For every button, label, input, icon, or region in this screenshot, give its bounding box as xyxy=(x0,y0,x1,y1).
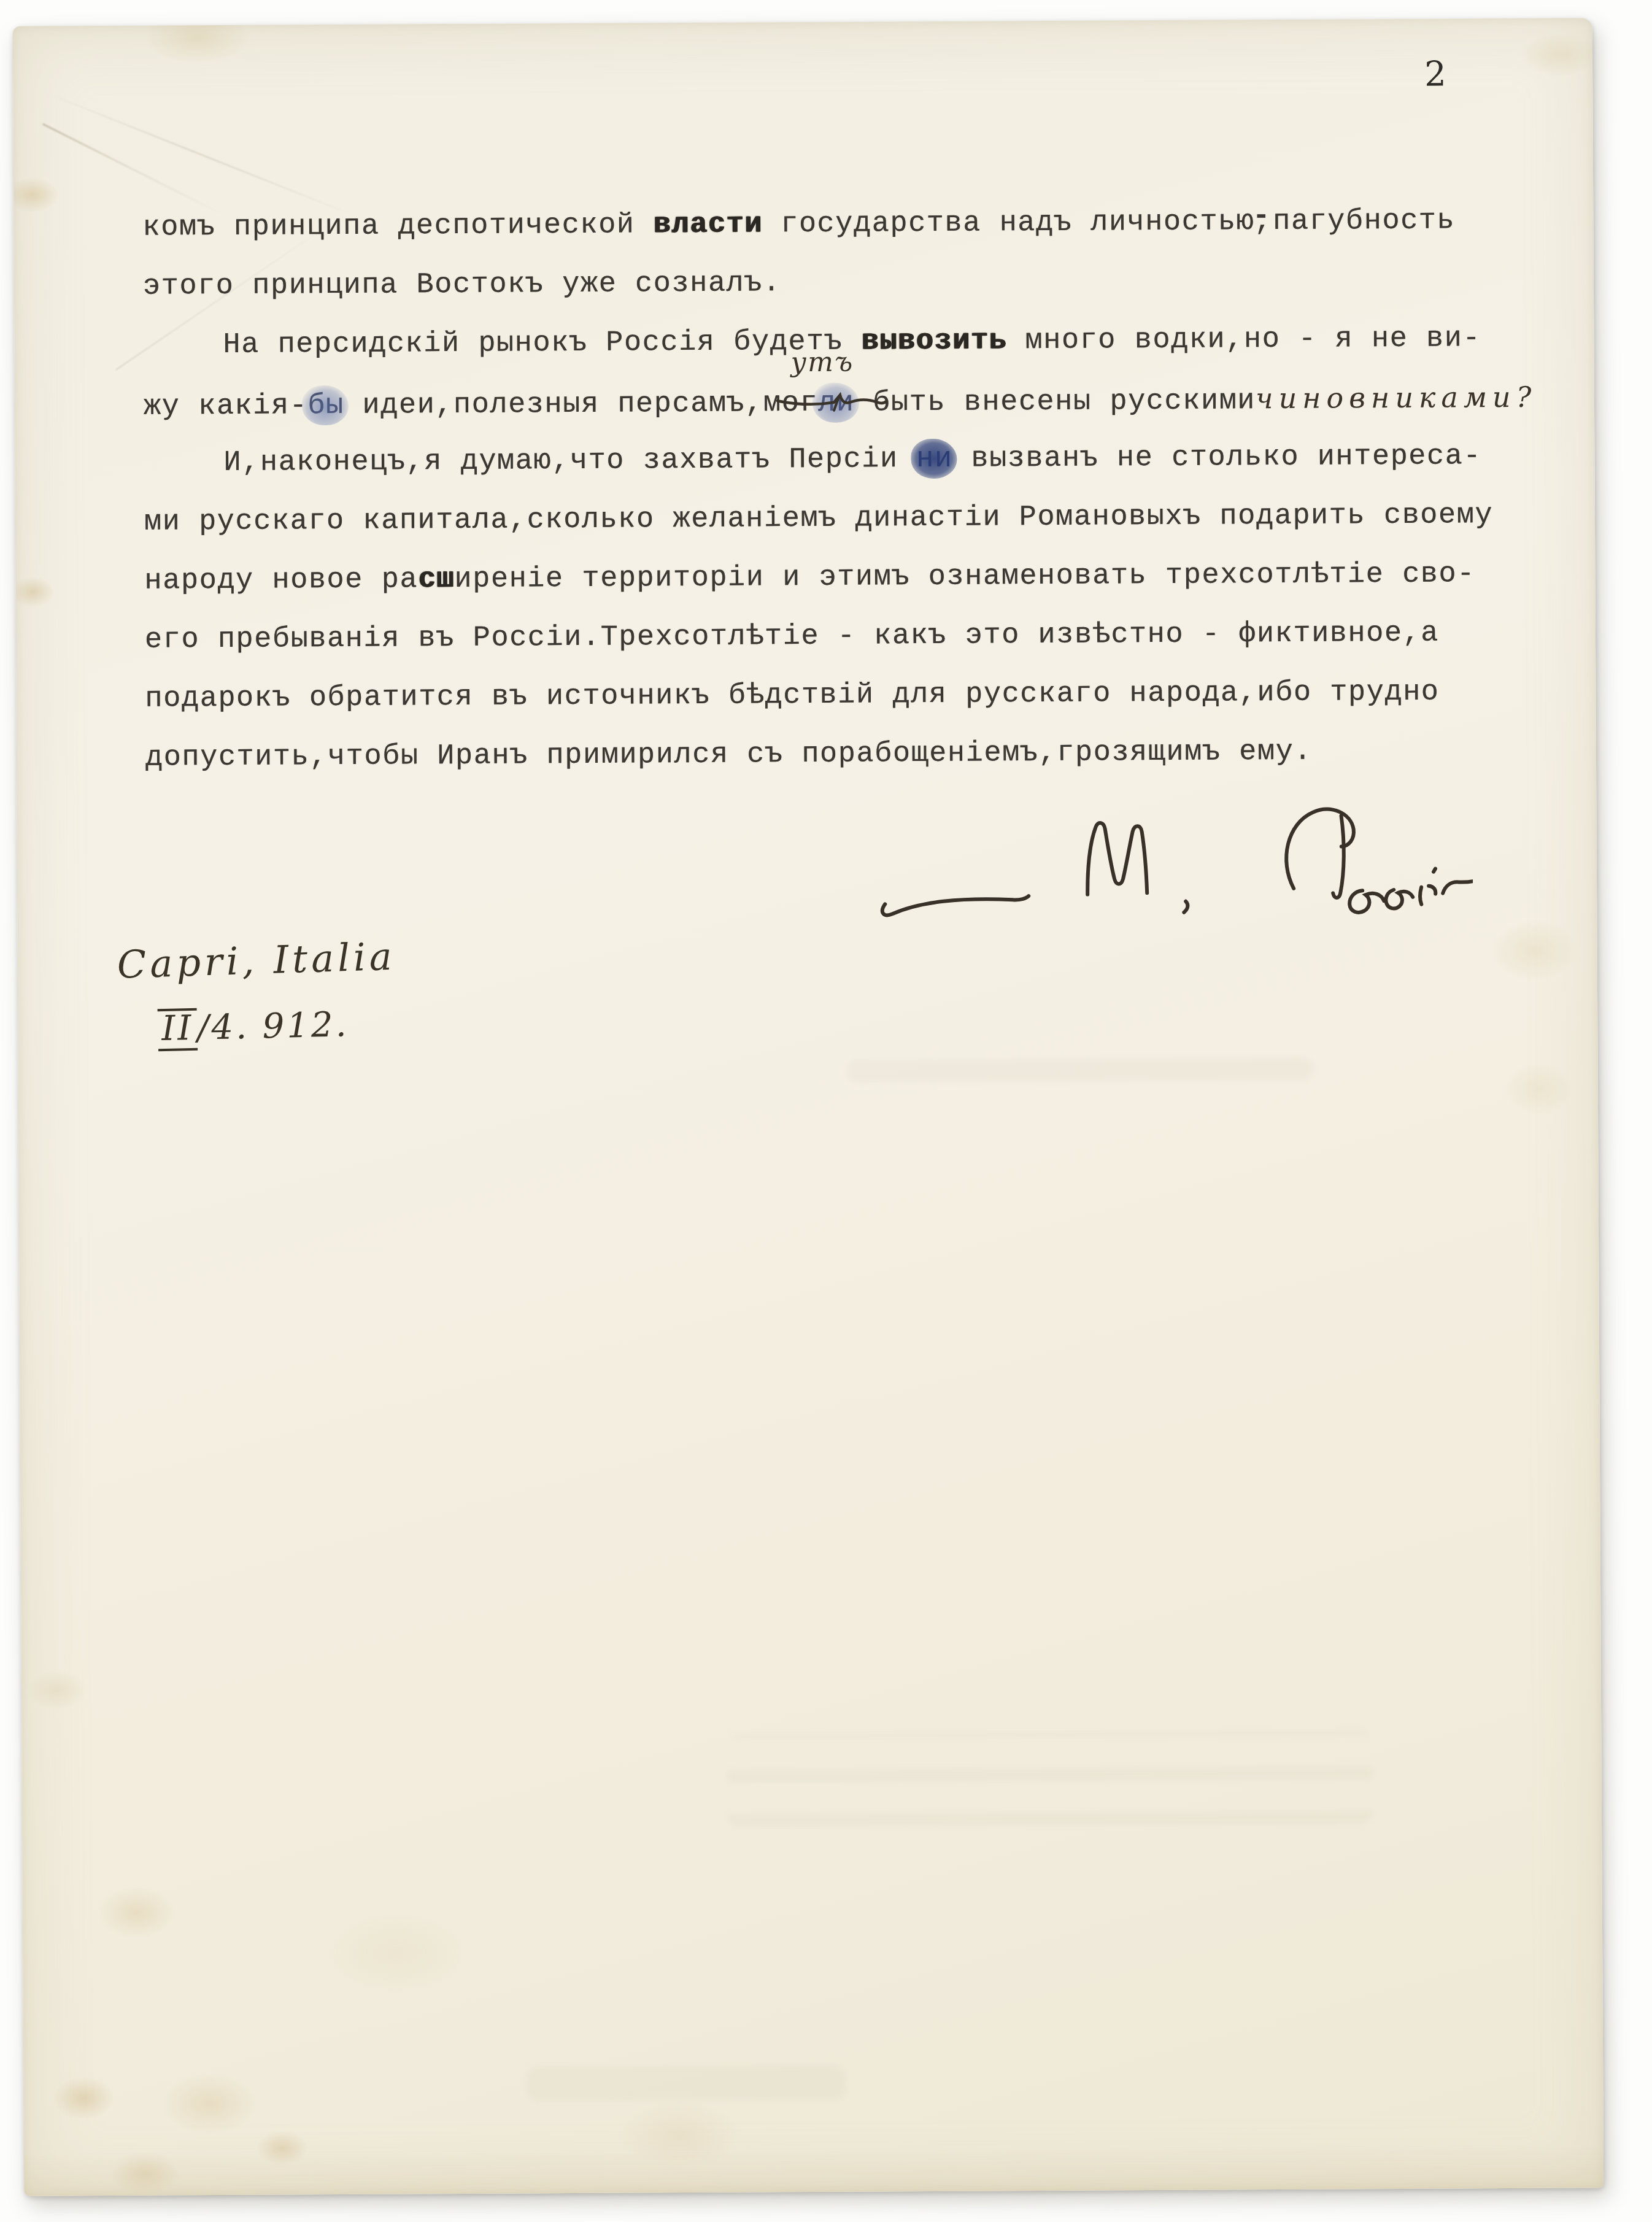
typed-text: жу какія- xyxy=(144,390,308,423)
blue-blotted-word: бы xyxy=(307,390,344,422)
paper-crease xyxy=(42,123,224,216)
correction-anchor: лиутъ xyxy=(818,387,855,420)
gorky-signature: М. Горькій xyxy=(871,779,1473,942)
typed-line: этого принципа Востокъ уже созналъ. xyxy=(143,269,781,301)
paper-crease xyxy=(46,93,354,217)
overtyped-text: вывозить xyxy=(861,325,1007,358)
typed-text: ми русскаго капитала,сколько желаніемъ д… xyxy=(144,499,1493,539)
typed-text: народу новое ра xyxy=(144,563,418,597)
date-rest: /4. 912. xyxy=(197,1005,349,1048)
date-line: II/4. 912. xyxy=(158,1005,350,1051)
typed-line: жу какія-бы идеи,полезныя персамъ,моглиу… xyxy=(144,383,1537,422)
typed-line: народу новое расширеніе территоріи и эти… xyxy=(144,560,1475,595)
handwritten-word: чиновниками? xyxy=(1256,380,1537,415)
typed-text: много водки,но - я не ви- xyxy=(1007,322,1481,357)
typed-line: подарокъ обратится въ источникъ бѣдствій… xyxy=(145,678,1439,714)
place-line: Capri, Italia xyxy=(117,934,396,987)
ink-bleedthrough xyxy=(847,1058,1313,1082)
typed-text: подарокъ обратится въ источникъ бѣдствій… xyxy=(145,676,1439,716)
typed-line: комъ принципа деспотической власти госуд… xyxy=(142,206,1455,242)
overtyped-text: власти xyxy=(653,208,763,241)
letter-page: 2 комъ принципа деспотической власти гос… xyxy=(13,18,1604,2196)
overtyped-text: сш xyxy=(418,563,455,596)
typed-text: И,наконецъ,я думаю,что захватъ Персіи xyxy=(223,443,916,479)
handwritten-insertion: утъ xyxy=(791,349,854,377)
blue-blotted-word: ли xyxy=(818,387,855,420)
scan-background: { "page_number": "2", "typed_lines": [ {… xyxy=(0,0,1652,2222)
ink-bleedthrough xyxy=(727,1731,1372,1826)
typed-text: иреніе территоріи и этимъ ознаменовать т… xyxy=(454,558,1475,596)
blue-struck-word: ни xyxy=(916,443,953,476)
typed-text: комъ принципа деспотической xyxy=(142,209,653,244)
page-number: 2 xyxy=(1424,55,1446,95)
typed-line: И,наконецъ,я думаю,что захватъ Персіи ни… xyxy=(144,442,1481,477)
typed-text: идеи,полезныя персамъ,мог xyxy=(344,387,819,422)
typed-line: ми русскаго капитала,сколько желаніемъ д… xyxy=(144,501,1493,537)
typed-text: На персидскій рынокъ Россія будетъ xyxy=(223,326,861,361)
typed-text: его пребыванія въ Россіи.Трехсотлѣтіе - … xyxy=(145,617,1439,657)
typed-text: допустить,чтобы Иранъ примирился съ пора… xyxy=(145,736,1312,774)
typed-text: быть внесены русскими xyxy=(854,385,1256,419)
typed-text: этого принципа Востокъ уже созналъ. xyxy=(143,267,781,303)
signature-ink xyxy=(871,779,1473,942)
ink-bleedthrough xyxy=(527,2066,846,2102)
typed-text: пагубность xyxy=(1273,204,1455,238)
typed-text: государства надъ личностью, xyxy=(762,206,1273,241)
typed-line: допустить,чтобы Иранъ примирился съ пора… xyxy=(145,738,1312,773)
typed-line: его пребыванія въ Россіи.Трехсотлѣтіе - … xyxy=(145,619,1439,655)
date-roman-numeral: II xyxy=(158,1008,198,1051)
typed-text: вызванъ не столько интереса- xyxy=(953,440,1482,476)
